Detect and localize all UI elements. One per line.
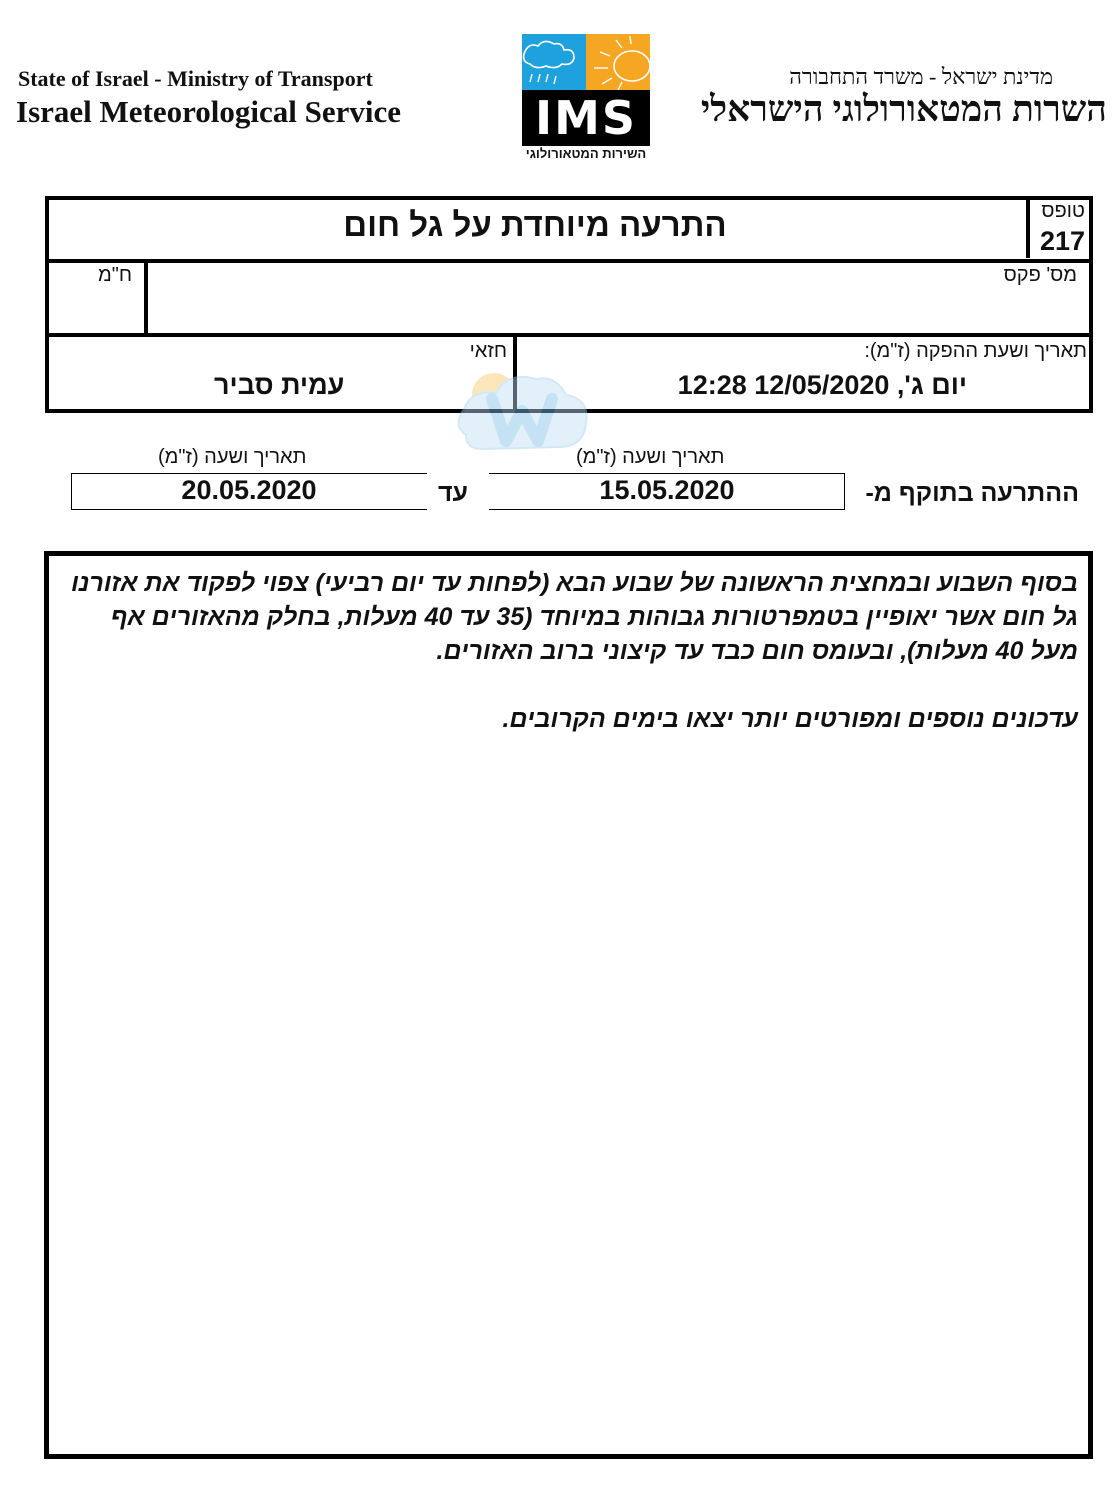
header-hebrew-ministry: מדינת ישראל - משרד התחבורה: [789, 64, 1053, 90]
header-english-service: Israel Meteorological Service: [16, 94, 401, 130]
fax-row: [45, 259, 1093, 337]
sun-icon: [586, 34, 650, 90]
logo-text: IMS: [522, 90, 650, 146]
warning-paragraph: בסוף השבוע ובמחצית הראשונה של שבוע הבא (…: [70, 566, 1078, 668]
valid-until-label: עד: [438, 479, 468, 508]
fax-number-label: מס' פקס: [1004, 264, 1077, 287]
signature-label: ח"מ: [98, 264, 132, 287]
valid-from-value: 15.05.2020: [489, 475, 845, 506]
page-title: התרעה מיוחדת על גל חום: [45, 206, 1025, 244]
valid-to-value: 20.05.2020: [71, 475, 427, 506]
issue-datetime-value: יום ג', 12/05/2020 12:28: [678, 370, 967, 401]
warning-paragraph: עדכונים נוספים ומפורטים יותר יצאו בימים …: [70, 702, 1078, 736]
valid-from-caption: תאריך ושעה (ז"מ): [576, 446, 724, 469]
forecaster-label: חזאי: [470, 340, 507, 363]
cloud-rain-icon: [522, 34, 586, 90]
cloud-w-watermark-icon: [452, 365, 592, 460]
ims-logo: IMS השירות המטאורולוגי: [522, 34, 650, 164]
warning-body-text: בסוף השבוע ובמחצית הראשונה של שבוע הבא (…: [70, 566, 1078, 770]
header-english-ministry: State of Israel - Ministry of Transport: [18, 66, 373, 92]
logo-subtitle: השירות המטאורולוגי: [522, 146, 650, 161]
valid-to-caption: תאריך ושעה (ז"מ): [158, 446, 306, 469]
forecaster-name: עמית סביר: [214, 370, 344, 401]
issue-datetime-label: תאריך ושעת ההפקה (ז"מ):: [864, 340, 1087, 363]
form-number-value: 217: [1040, 226, 1085, 257]
form-number-label: טופס: [1041, 200, 1085, 223]
validity-label: ההתרעה בתוקף מ-: [865, 479, 1079, 508]
header-hebrew-service: השרות המטאורולוגי הישראלי: [701, 88, 1107, 130]
fax-row-divider: [144, 259, 148, 335]
form-number-divider: [1026, 196, 1030, 258]
